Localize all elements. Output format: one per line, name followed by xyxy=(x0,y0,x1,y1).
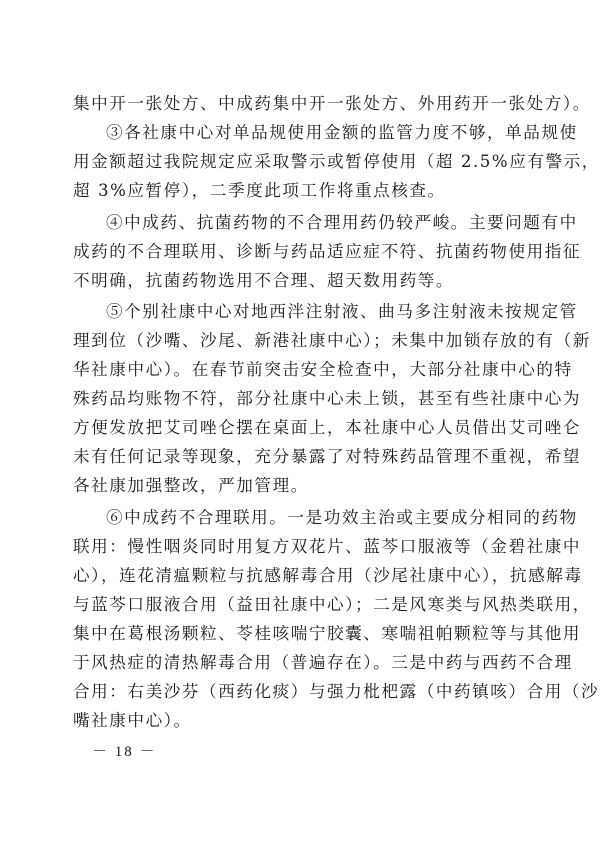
text-line: 集中开一张处方、中成药集中开一张处方、外用药开一张处方）。 xyxy=(73,94,513,114)
text-line: 未有任何记录等现象，充分暴露了对特殊药品管理不重视，希望 xyxy=(73,447,513,467)
paragraph-3-start: ③各社康中心对单品规使用金额的监管力度不够，单品规使 xyxy=(106,123,513,143)
text-line: 方便发放把艾司唑仑摆在桌面上，本社康中心人员借出艾司唑仑 xyxy=(73,418,513,438)
text-line: 理到位（沙嘴、沙尾、新港社康中心）；未集中加锁存放的有（新 xyxy=(73,331,513,351)
text-line: 于风热症的清热解毒合用（普遍存在）。三是中药与西药不合理 xyxy=(73,653,513,673)
text-line: 殊药品均账物不符，部分社康中心未上锁，甚至有些社康中心为 xyxy=(73,389,513,409)
paragraph-6-start: ⑥中成药不合理联用。一是功效主治或主要成分相同的药物 xyxy=(106,508,513,528)
text-line: 合用：右美沙芬（西药化痰）与强力枇杷露（中药镇咳）合用（沙 xyxy=(73,682,513,702)
text-line: 不明确，抗菌药物选用不合理、超天数用药等。 xyxy=(73,271,513,291)
text-line: 各社康加强整改，严加管理。 xyxy=(73,476,513,496)
paragraph-5-start: ⑤个别社康中心对地西泮注射液、曲马多注射液未按规定管 xyxy=(106,302,513,322)
text-line: 华社康中心）。在春节前突击安全检查中，大部分社康中心的特 xyxy=(73,360,513,380)
text-line: 心），连花清瘟颗粒与抗感解毒合用（沙尾社康中心），抗感解毒 xyxy=(73,566,513,586)
text-line: 成药的不合理联用、诊断与药品适应症不符、抗菌药物使用指征 xyxy=(73,242,513,262)
text-line: 超 3%应暂停），二季度此项工作将重点核查。 xyxy=(73,181,513,201)
text-line: 嘴社康中心）。 xyxy=(73,711,513,731)
paragraph-4-start: ④中成药、抗菌药物的不合理用药仍较严峻。主要问题有中 xyxy=(106,213,513,233)
text-line: 与蓝芩口服液合用（益田社康中心）；二是风寒类与风热类联用， xyxy=(73,595,513,615)
document-page: 集中开一张处方、中成药集中开一张处方、外用药开一张处方）。 ③各社康中心对单品规… xyxy=(0,0,600,850)
text-line: 集中在葛根汤颗粒、苓桂咳喘宁胶囊、寒喘祖帕颗粒等与其他用 xyxy=(73,624,513,644)
text-line: 联用：慢性咽炎同时用复方双花片、蓝芩口服液等（金碧社康中 xyxy=(73,537,513,557)
text-line: 用金额超过我院规定应采取警示或暂停使用（超 2.5%应有警示， xyxy=(73,152,513,172)
page-number: － 18 － xyxy=(92,740,157,761)
